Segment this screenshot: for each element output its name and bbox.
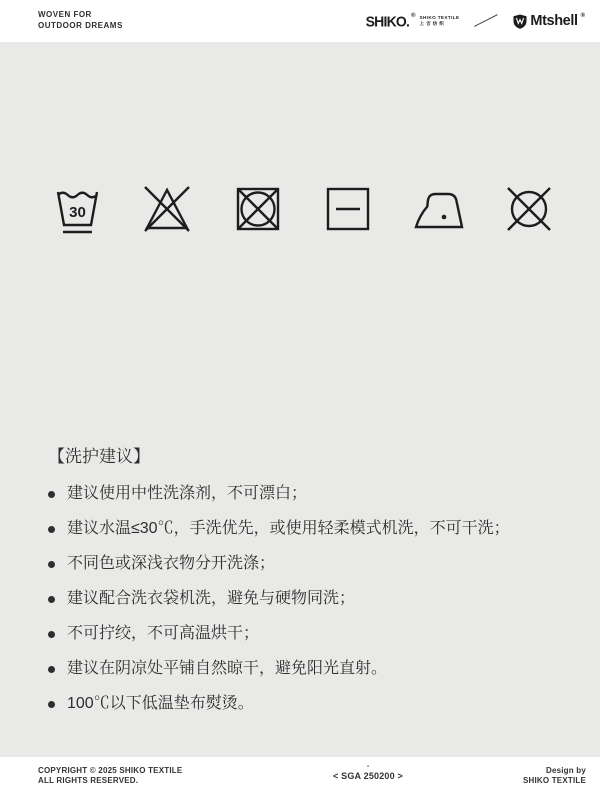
code-value: < SGA 250200 > [268, 771, 468, 782]
mtshell-logo: Mtshell ® [513, 13, 585, 29]
iron-low-one-dot-icon [412, 181, 466, 237]
design-credit-line-1: Design by [523, 766, 586, 776]
list-item: 不可拧绞，不可高温烘干； [48, 625, 568, 643]
care-instructions-list: 建议使用中性洗涤剂，不可漂白； 建议水温≤30℃，手洗优先，或使用轻柔模式机洗，… [48, 485, 568, 713]
shiko-subtext-cn: 上吉纺织 [420, 21, 460, 27]
bullet-icon [48, 561, 55, 568]
registered-mark-icon: ® [411, 13, 415, 19]
document-code: - < SGA 250200 > [268, 763, 468, 782]
registered-mark-icon: ® [581, 13, 585, 19]
design-credit: Design by SHIKO TEXTILE [523, 766, 586, 786]
footer: COPYRIGHT © 2025 SHIKO TEXTILE ALL RIGHT… [0, 757, 600, 799]
shield-icon [513, 14, 527, 29]
header: WOVEN FOR OUTDOOR DREAMS SHIKO. ® SHIKO … [0, 0, 600, 42]
bullet-icon [48, 526, 55, 533]
brand-tagline: WOVEN FOR OUTDOOR DREAMS [38, 10, 123, 31]
tagline-line-2: OUTDOOR DREAMS [38, 21, 123, 32]
do-not-dry-clean-icon [502, 181, 556, 237]
shiko-wordmark: SHIKO. [366, 13, 409, 30]
do-not-bleach-icon [140, 181, 194, 237]
mtshell-wordmark: Mtshell [530, 13, 577, 29]
wash-30-gentle-icon: 30 [50, 181, 104, 237]
bullet-icon [48, 596, 55, 603]
code-dash: - [268, 763, 468, 771]
list-item: 100℃以下低温垫布熨烫。 [48, 695, 568, 713]
bullet-icon [48, 491, 55, 498]
bullet-icon [48, 666, 55, 673]
design-credit-line-2: SHIKO TEXTILE [523, 776, 586, 786]
list-item: 建议水温≤30℃，手洗优先，或使用轻柔模式机洗，不可干洗； [48, 520, 568, 538]
list-item: 建议使用中性洗涤剂，不可漂白； [48, 485, 568, 503]
bullet-icon [48, 701, 55, 708]
do-not-tumble-dry-icon [231, 181, 285, 237]
list-item: 建议在阴凉处平铺自然晾干，避免阳光直射。 [48, 660, 568, 678]
shiko-logo-subtext: SHIKO TEXTILE 上吉纺织 [420, 15, 460, 26]
copyright: COPYRIGHT © 2025 SHIKO TEXTILE ALL RIGHT… [38, 766, 182, 786]
care-instructions-title: 【洗护建议】 [48, 448, 568, 466]
copyright-line-1: COPYRIGHT © 2025 SHIKO TEXTILE [38, 766, 182, 776]
bullet-icon [48, 631, 55, 638]
tagline-line-1: WOVEN FOR [38, 10, 123, 21]
header-logos: SHIKO. ® SHIKO TEXTILE 上吉纺织 Mtshell ® [366, 9, 585, 33]
care-guide-page: WOVEN FOR OUTDOOR DREAMS SHIKO. ® SHIKO … [0, 0, 600, 799]
svg-text:30: 30 [69, 204, 86, 221]
shiko-textile-logo: SHIKO. ® SHIKO TEXTILE 上吉纺织 [366, 13, 460, 29]
copyright-line-2: ALL RIGHTS RESERVED. [38, 776, 182, 786]
list-item: 不同色或深浅衣物分开洗涤； [48, 555, 568, 573]
content-panel: 30 [0, 42, 600, 757]
list-item: 建议配合洗衣袋机洗，避免与硬物同洗； [48, 590, 568, 608]
care-symbols-row: 30 [50, 181, 556, 237]
care-instructions: 【洗护建议】 建议使用中性洗涤剂，不可漂白； 建议水温≤30℃，手洗优先，或使用… [48, 448, 568, 730]
divider-slash-icon [475, 14, 499, 27]
dry-flat-icon [321, 181, 375, 237]
